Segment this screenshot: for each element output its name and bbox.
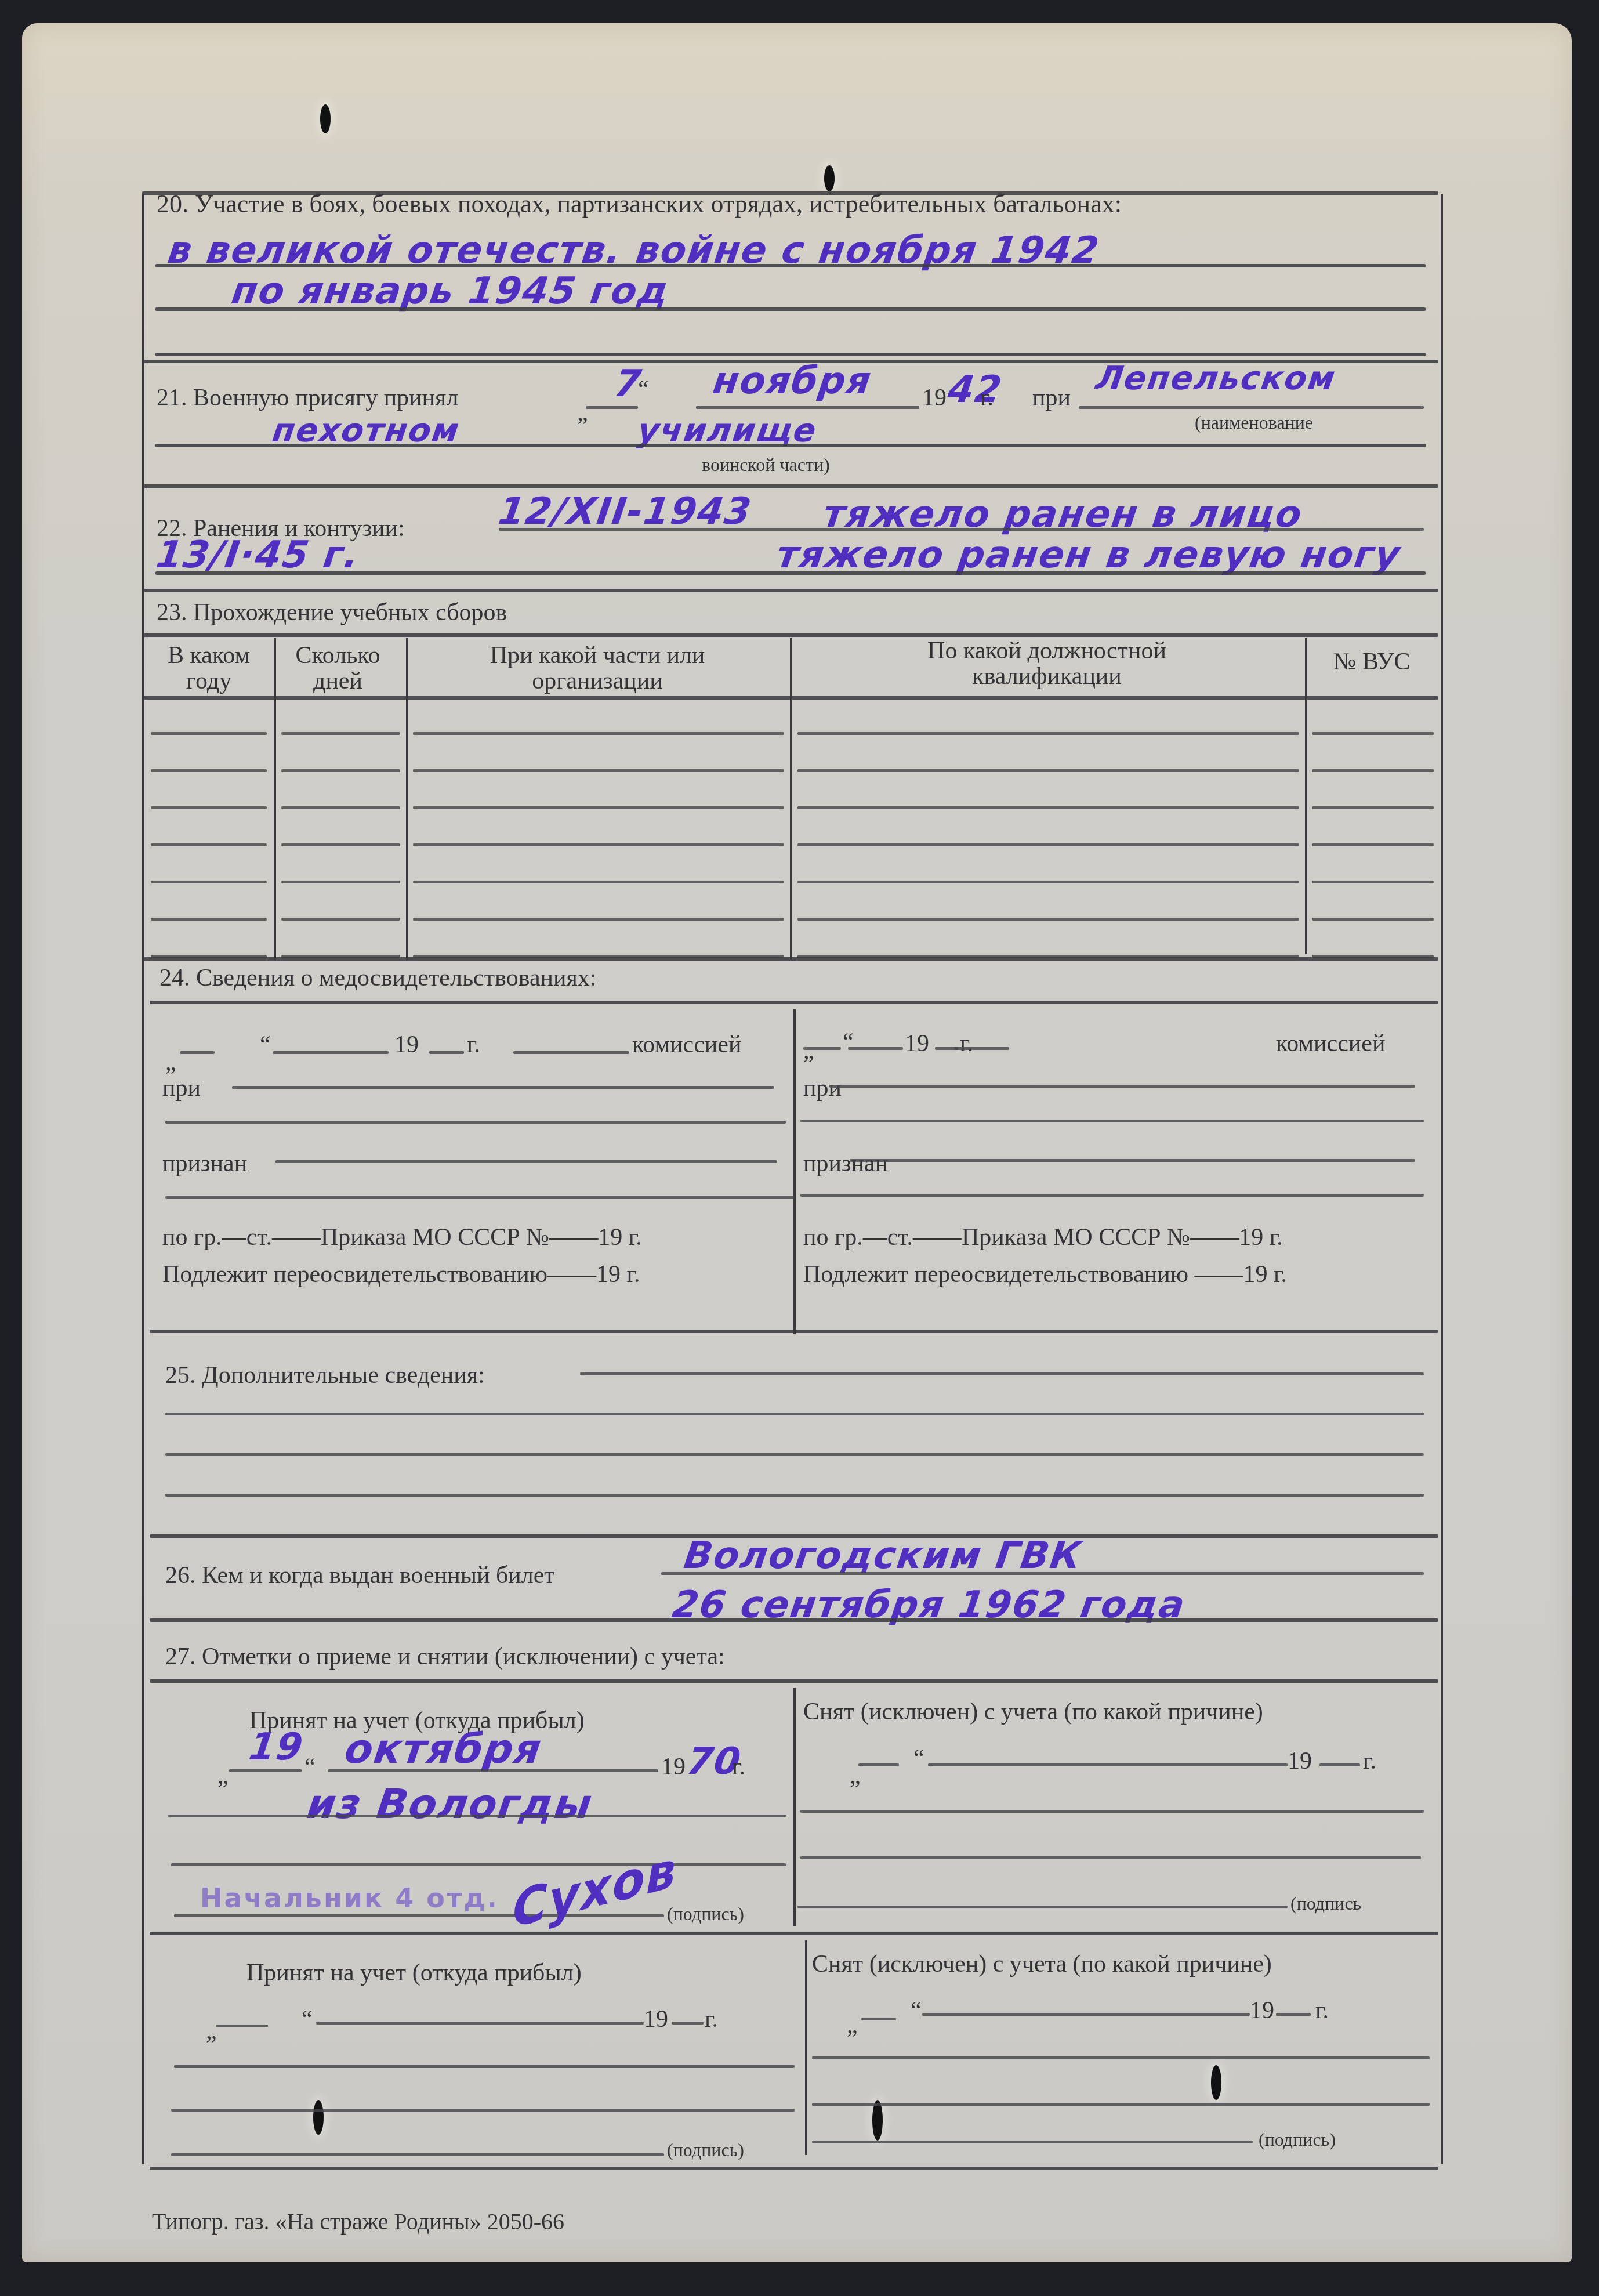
table-cell-line — [797, 881, 1299, 883]
med1-commission: комиссией — [632, 1033, 741, 1057]
section24-label: 24. Сведения о медосвидетельствованиях: — [159, 966, 597, 990]
section25-field — [165, 1413, 1424, 1415]
table-cell-line — [281, 918, 400, 921]
med2-reexam: Подлежит переосвидетельствованию ——19 г. — [803, 1262, 1287, 1287]
med1-day-field — [180, 1051, 215, 1054]
table-col-divider — [1305, 638, 1307, 954]
removed1-year-unit: г. — [1363, 1749, 1376, 1773]
med2-found-field2 — [800, 1194, 1424, 1197]
med1-commission-field — [513, 1051, 629, 1054]
table-cell-line — [797, 732, 1299, 735]
accepted2-year-field — [672, 2022, 704, 2025]
oath-caption-naming: (наименование — [1195, 413, 1313, 432]
med1-found: признан — [162, 1151, 247, 1176]
med2-commission: комиссией — [1276, 1031, 1385, 1056]
section26-field — [661, 1572, 1424, 1575]
section21-label: 21. Военную присягу принял — [157, 386, 458, 410]
removed2-month-field — [922, 2013, 1250, 2016]
form-frame — [142, 194, 1443, 2164]
oath-year-suffix: 42 — [946, 371, 1005, 408]
table-cell-line — [797, 806, 1299, 809]
accepted1-year-unit: г. — [732, 1755, 745, 1779]
table-cell-line — [151, 843, 267, 846]
table-cell-line — [151, 806, 267, 809]
col-header-unit: При какой части или организации — [409, 643, 786, 694]
table-cell-line — [281, 881, 400, 883]
med2-commission-field — [954, 1047, 1009, 1050]
table-col-divider — [790, 638, 792, 960]
med2-day-field — [803, 1047, 841, 1050]
section20-rule — [155, 307, 1426, 311]
oath-year-prefix: 19 — [922, 386, 947, 410]
accepted1-day: 19 — [247, 1729, 306, 1766]
removed1-title: Снят (исключен) с учета (по какой причин… — [803, 1700, 1263, 1724]
table-cell-line — [1312, 843, 1434, 846]
col-header-unit-line2: организации — [409, 668, 786, 694]
col-header-year-line2: году — [145, 668, 273, 694]
section25-field — [165, 1453, 1424, 1456]
col-header-days-line1: Сколько — [275, 643, 400, 668]
quote-close: “ — [304, 1755, 316, 1779]
med1-found-field — [275, 1160, 777, 1163]
accepted1-year-prefix: 19 — [661, 1755, 686, 1779]
med2-date-close: “ — [843, 1030, 854, 1054]
quote-close: “ — [911, 1998, 922, 2023]
section27-rule — [150, 1679, 1438, 1683]
section27-col-divider — [793, 1688, 796, 1926]
section27-block-divider — [150, 1932, 1438, 1935]
section22-rule — [499, 528, 1424, 531]
section24-col-divider — [793, 1009, 796, 1334]
oath-year-unit: г. — [980, 386, 994, 410]
section20-handwriting-line2: по январь 1945 год — [230, 273, 672, 310]
table-cell-line — [151, 732, 267, 735]
removed2-signature-field — [812, 2141, 1253, 2143]
accepted2-year-unit: г. — [705, 2007, 718, 2031]
quote-open: „ — [206, 2019, 217, 2043]
med2-year-unit: г. — [960, 1031, 973, 1056]
accepted1-field — [171, 1863, 786, 1866]
table-cell-line — [413, 881, 784, 883]
col-header-vus: № ВУС — [1308, 650, 1435, 674]
table-cell-line — [413, 769, 784, 772]
section20-rule — [155, 353, 1426, 356]
quote-open: „ — [847, 2013, 858, 2037]
table-cell-line — [281, 806, 400, 809]
table-top-rule — [142, 633, 1438, 637]
col-header-year-line1: В каком — [145, 643, 273, 668]
section20-label: 20. Участие в боях, боевых походах, парт… — [157, 191, 1122, 217]
oath-at-label: при — [1032, 386, 1071, 410]
removed1-year-field — [1319, 1763, 1360, 1766]
section-divider — [142, 589, 1438, 592]
table-cell-line — [281, 732, 400, 735]
med1-year-field — [429, 1051, 464, 1054]
accepted2-month-field — [316, 2022, 644, 2025]
med1-date-open: „ — [165, 1050, 176, 1074]
oath-unit-line2: пехотном — [270, 415, 462, 447]
med1-at: при — [162, 1076, 201, 1100]
accepted1-month-field — [328, 1769, 658, 1772]
accepted1-day-field — [229, 1769, 302, 1772]
quote-close: “ — [913, 1746, 924, 1770]
removed1-field — [800, 1810, 1424, 1813]
col-header-days-line2: дней — [275, 668, 400, 694]
col-header-unit-line1: При какой части или — [409, 643, 786, 668]
table-cell-line — [281, 769, 400, 772]
col-header-qualification-line2: квалификации — [792, 664, 1302, 689]
quote-open: „ — [850, 1763, 861, 1788]
removed2-field — [812, 2056, 1430, 2059]
section27-col-divider — [805, 1940, 807, 2155]
removed2-day-field — [861, 2018, 896, 2020]
section25-label: 25. Дополнительные сведения: — [165, 1363, 485, 1388]
med1-found-field2 — [165, 1196, 795, 1199]
table-col-divider — [406, 638, 408, 960]
table-cell-line — [413, 732, 784, 735]
wound2-date: 13/I·45 г. — [154, 537, 362, 574]
med2-found-field — [850, 1159, 1415, 1162]
removed1-year-prefix: 19 — [1288, 1749, 1312, 1773]
removed2-field — [812, 2103, 1430, 2106]
removed2-title: Снят (исключен) с учета (по какой причин… — [812, 1952, 1272, 1976]
table-cell-line — [1312, 918, 1434, 921]
removed1-month-field — [928, 1763, 1288, 1766]
frame-bottom-rule — [150, 2167, 1438, 2170]
oath-month: ноября — [711, 363, 875, 400]
table-bottom-rule — [142, 957, 1438, 961]
med1-reexam: Подлежит переосвидетельствованию——19 г. — [162, 1262, 640, 1287]
table-cell-line — [1312, 732, 1434, 735]
table-cell-line — [151, 769, 267, 772]
accepted2-field — [174, 2065, 795, 2068]
med1-at-field2 — [165, 1121, 786, 1124]
removed2-year-field — [1276, 2013, 1311, 2016]
section25-field — [165, 1494, 1424, 1497]
med1-year-unit: г. — [467, 1033, 480, 1057]
accepted2-title: Принят на учет (откуда прибыл) — [246, 1961, 582, 1985]
oath-unit-line3: училище — [636, 415, 819, 447]
oath-unit-field — [1079, 406, 1424, 409]
col-header-qualification-line1: По какой должностной — [792, 638, 1302, 664]
med1-month-field — [273, 1051, 389, 1054]
table-cell-line — [1312, 881, 1434, 883]
section27-label: 27. Отметки о приеме и снятии (исключени… — [165, 1645, 725, 1669]
col-header-qualification: По какой должностной квалификации — [792, 638, 1302, 689]
removed1-field — [800, 1856, 1421, 1859]
punch-hole — [320, 104, 331, 133]
table-cell-line — [413, 843, 784, 846]
section25-field — [580, 1372, 1424, 1375]
removed2-year-prefix: 19 — [1250, 1998, 1274, 2023]
med2-year: 19 — [905, 1031, 929, 1056]
quote-close: “ — [302, 2007, 313, 2031]
official-stamp: Начальник 4 отд. — [200, 1882, 499, 1914]
accepted1-from: из Вологды — [304, 1784, 595, 1824]
oath-month-field — [696, 406, 919, 409]
accepted1-month: октября — [342, 1729, 545, 1769]
section-divider — [150, 1618, 1438, 1622]
med2-article: по гр.—ст.——Приказа МО СССР №——19 г. — [803, 1225, 1283, 1250]
section23-label: 23. Прохождение учебных сборов — [157, 600, 507, 625]
table-cell-line — [1312, 769, 1434, 772]
printer-imprint: Типогр. газ. «На страже Родины» 2050-66 — [152, 2210, 564, 2233]
accepted1-signature-caption: (подпись) — [667, 1904, 744, 1923]
quote-open: „ — [577, 400, 588, 425]
wound2-text: тяжело ранен в левую ногу — [775, 537, 1404, 574]
removed1-day-field — [858, 1763, 899, 1766]
med2-date-open: „ — [803, 1038, 814, 1063]
med2-at-field — [829, 1085, 1415, 1088]
table-cell-line — [797, 769, 1299, 772]
accepted2-signature-caption: (подпись) — [667, 2141, 744, 2159]
table-col-divider — [274, 638, 276, 960]
accepted1-field — [168, 1815, 786, 1817]
table-cell-line — [1312, 806, 1434, 809]
table-cell-line — [797, 843, 1299, 846]
section24-rule — [150, 1001, 1438, 1004]
med1-date-close: “ — [260, 1033, 271, 1057]
table-cell-line — [151, 881, 267, 883]
removed1-signature-caption: (подпись — [1290, 1894, 1361, 1913]
table-cell-line — [281, 843, 400, 846]
section-divider — [142, 484, 1438, 488]
accepted2-field — [171, 2109, 795, 2112]
removed2-year-unit: г. — [1315, 1998, 1329, 2023]
table-cell-line — [151, 918, 267, 921]
med2-month-field — [848, 1047, 903, 1050]
section26-label: 26. Кем и когда выдан военный билет — [165, 1563, 555, 1588]
accepted2-day-field — [216, 2025, 268, 2027]
oath-unit-line1: Лепельском — [1094, 363, 1338, 395]
med2-found: признан — [803, 1151, 888, 1176]
med1-at-field — [232, 1086, 774, 1089]
table-cell-line — [413, 918, 784, 921]
accepted2-signature-field — [171, 2153, 664, 2156]
section21-rule — [155, 444, 1426, 447]
med1-year: 19 — [394, 1033, 419, 1057]
col-header-year: В каком году — [145, 643, 273, 694]
quote-open: „ — [217, 1763, 229, 1788]
oath-day-field — [586, 406, 638, 409]
section20-rule — [155, 264, 1426, 267]
med1-article: по гр.—ст.——Приказа МО СССР №——19 г. — [162, 1225, 642, 1250]
accepted2-year-prefix: 19 — [644, 2007, 668, 2031]
med2-at-field2 — [800, 1120, 1424, 1122]
table-cell-line — [797, 918, 1299, 921]
section-divider — [150, 1330, 1438, 1333]
issued-by: Вологодским ГВК — [682, 1537, 1085, 1574]
oath-caption-unit: воинской части) — [702, 455, 830, 474]
punch-hole — [824, 165, 835, 191]
removed2-signature-caption: (подпись) — [1259, 2130, 1336, 2149]
col-header-days: Сколько дней — [275, 643, 400, 694]
removed1-signature-field — [797, 1906, 1288, 1908]
wound1-date: 12/XII-1943 — [496, 493, 755, 530]
med2-at: при — [803, 1076, 842, 1100]
quote-close: “ — [638, 377, 649, 401]
table-cell-line — [413, 806, 784, 809]
section22-rule — [155, 571, 1426, 575]
